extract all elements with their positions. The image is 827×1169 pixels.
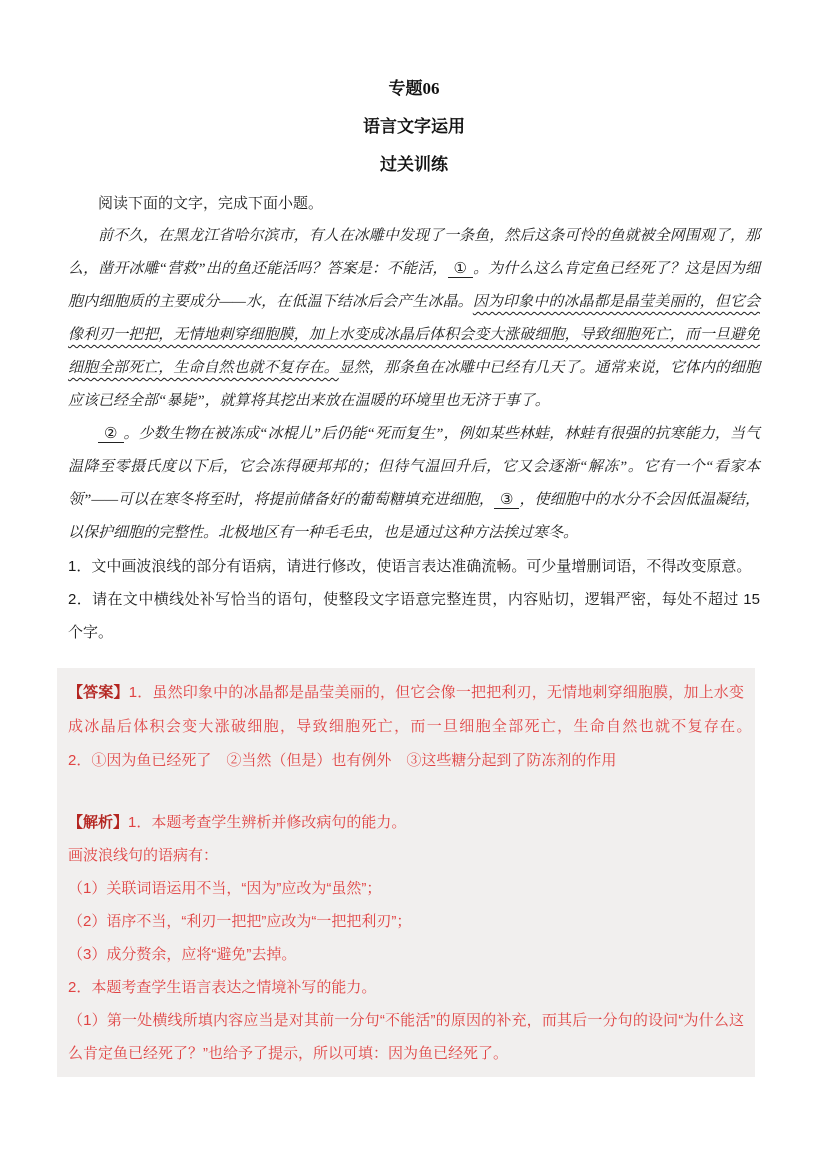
analysis-line-1: 【解析】1．本题考查学生辨析并修改病句的能力。: [68, 806, 744, 839]
doc-title-subject: 语言文字运用: [68, 116, 760, 137]
passage-paragraph-1: 前不久，在黑龙江省哈尔滨市，有人在冰雕中发现了一条鱼，然后这条可怜的鱼就被全网围…: [68, 220, 760, 418]
fill-blank-1: ①: [448, 261, 474, 278]
analysis-line-4: （2）语序不当，“利刃一把把”应改为“一把把利刃”；: [68, 905, 744, 938]
analysis-line-3: （1）关联词语运用不当，“因为”应改为“虽然”；: [68, 872, 744, 905]
passage-intro: 阅读下面的文字，完成下面小题。: [68, 187, 760, 220]
passage-and-questions: 阅读下面的文字，完成下面小题。 前不久，在黑龙江省哈尔滨市，有人在冰雕中发现了一…: [68, 187, 760, 649]
analysis-line-6: 2．本题考查学生语言表达之情境补写的能力。: [68, 971, 744, 1004]
analysis-line-2: 画波浪线句的语病有：: [68, 839, 744, 872]
analysis-paragraphs: 【解析】1．本题考查学生辨析并修改病句的能力。 画波浪线句的语病有： （1）关联…: [68, 806, 744, 1070]
document-page: 专题06 语言文字运用 过关训练 阅读下面的文字，完成下面小题。 前不久，在黑龙…: [0, 0, 827, 1077]
analysis-line-1-text: 1．本题考查学生辨析并修改病句的能力。: [128, 814, 406, 831]
analysis-label: 【解析】: [68, 814, 128, 831]
answer-paragraph: 【答案】1．虽然印象中的冰晶都是晶莹美丽的，但它会像一把把利刃，无情地刺穿细胞膜…: [68, 676, 744, 778]
analysis-line-7: （1）第一处横线所填内容应当是对其前一分句“不能活”的原因的补充，而其后一分句的…: [68, 1004, 744, 1070]
fill-blank-2: ②: [98, 426, 124, 443]
answer-label: 【答案】: [68, 684, 129, 701]
doc-title-section: 过关训练: [68, 154, 760, 175]
document-title-group: 专题06 语言文字运用 过关训练: [68, 78, 760, 175]
question-1: 1．文中画波浪线的部分有语病，请进行修改，使语言表达准确流畅。可少量增删词语，不…: [68, 550, 760, 583]
analysis-line-5: （3）成分赘余，应将“避免”去掉。: [68, 938, 744, 971]
passage-paragraph-2: ②。少数生物在被冻成“冰棍儿”后仍能“死而复生”，例如某些林蛙，林蛙有很强的抗寒…: [68, 418, 760, 550]
answer-text: 1．虽然印象中的冰晶都是晶莹美丽的，但它会像一把把利刃，无情地刺穿细胞膜，加上水…: [68, 684, 789, 769]
fill-blank-3: ③: [494, 492, 519, 509]
question-2: 2．请在文中横线处补写恰当的语句，使整段文字语意完整连贯，内容贴切，逻辑严密，每…: [68, 583, 760, 649]
answer-analysis-section: 【答案】1．虽然印象中的冰晶都是晶莹美丽的，但它会像一把把利刃，无情地刺穿细胞膜…: [57, 668, 755, 1077]
doc-title-topic: 专题06: [68, 78, 760, 99]
